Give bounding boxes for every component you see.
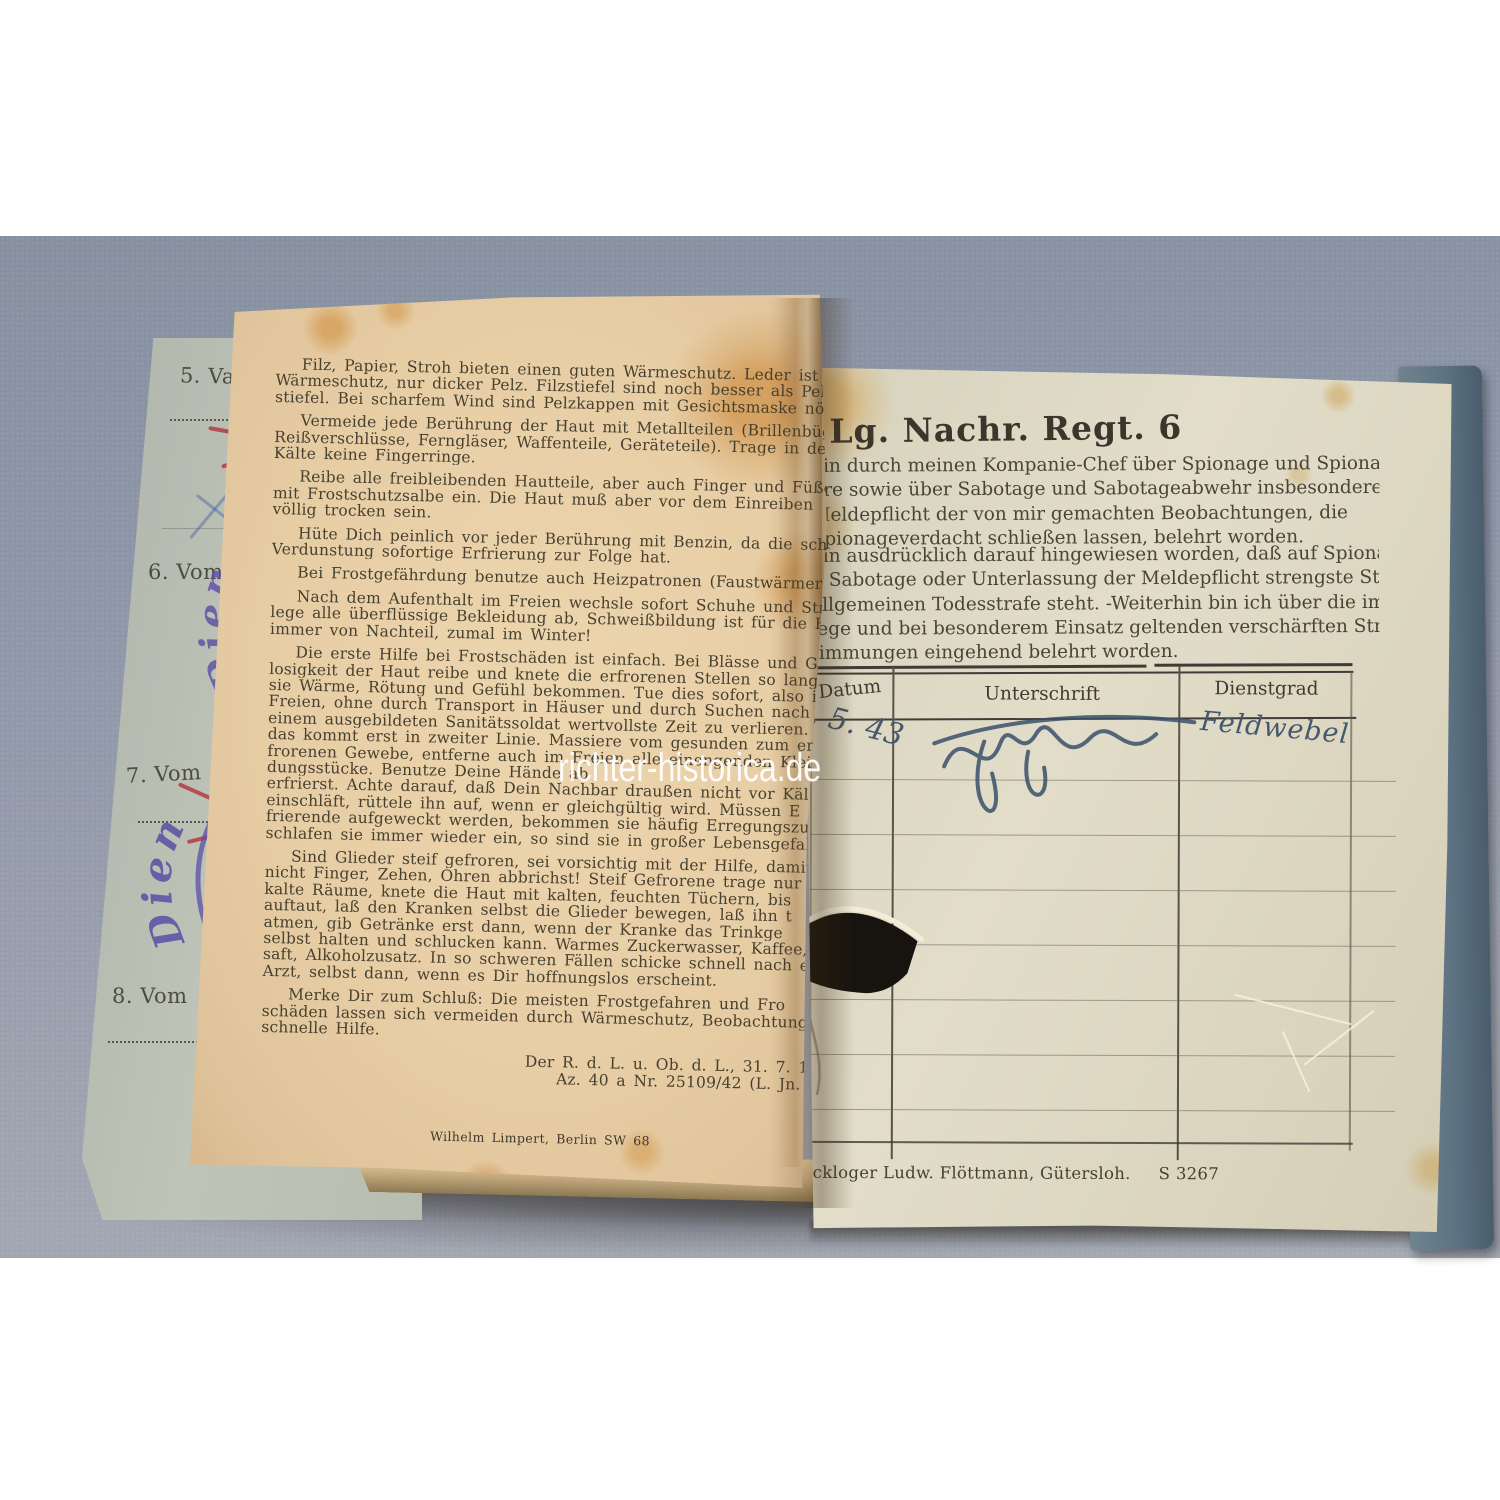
table-top-rule [807, 671, 1353, 674]
field-label-5: 5. Va [180, 363, 236, 388]
watermark: richter-historica.de [558, 746, 821, 791]
signature-scrawl [932, 681, 1203, 867]
paragraph-line: iege und bei besonderem Einsatz geltende… [811, 615, 1379, 642]
paragraph-line: timmungen eingehend belehrt worden. [811, 639, 1379, 666]
leaflet-paragraph: Vermeide jede Berührung der Haut mit Met… [274, 412, 837, 473]
table-top-rule [1154, 663, 1352, 666]
page-heading: Lg. Nachr. Regt. 6 [829, 407, 1182, 450]
leaflet-imprint: Wilhelm Limpert, Berlin SW 68 [259, 1125, 821, 1154]
paragraph-line: d Sabotage oder Unterlassung der Meldepf… [811, 566, 1379, 593]
column-header-dienstgrad: Dienstgrad [1214, 678, 1318, 699]
table-row-line [810, 889, 1396, 892]
table-top-rule [808, 665, 1146, 669]
leaflet-paragraph: Nach dem Aufenthalt im Freien wechsle so… [270, 588, 833, 649]
print-code: S 3267 [1159, 1164, 1219, 1183]
paper-crease [1304, 1010, 1375, 1066]
paragraph-line: bin ausdrücklich darauf hingewiesen word… [811, 542, 1379, 569]
table-column-line [1349, 671, 1352, 1151]
paragraph-line: bin durch meinen Kompanie-Chef über Spio… [811, 452, 1379, 479]
paper-crease [1235, 994, 1352, 1025]
leaflet-paragraph: Sind Glieder steif gefroren, sei vorsich… [262, 848, 827, 991]
leaflet-footer: Der R. d. L. u. Ob. d. L., 31. 7. 19 Az.… [260, 1048, 823, 1093]
leaflet-paragraph: Reibe alle freibleibenden Hautteile, abe… [272, 468, 835, 529]
table-row-line [809, 1109, 1395, 1112]
handwritten-rank: Feldwebel [1199, 706, 1350, 750]
leaflet-paragraph: Merke Dir zum Schluß: Die meisten Frostg… [261, 986, 824, 1047]
paragraph-line: Meldepflicht der von mir gemachten Beoba… [811, 501, 1379, 528]
leaflet-paragraph: Hüte Dich peinlich vor jeder Berührung m… [272, 525, 835, 570]
leaflet-paragraph: Filz, Papier, Stroh bieten einen guten W… [275, 356, 838, 417]
printer-imprint: ckloger Ludw. Flöttmann, Gütersloh.S 326… [813, 1163, 1247, 1184]
svg-text:Dien: Dien [133, 808, 196, 956]
belehrung-paragraph-1: bin durch meinen Kompanie-Chef über Spio… [811, 452, 1380, 552]
belehrung-page: Lg. Nachr. Regt. 6 bin durch meinen Komp… [800, 359, 1455, 1239]
frost-leaflet-page: Filz, Papier, Stroh bieten einen guten W… [188, 292, 836, 1197]
printer-imprint-text: ckloger Ludw. Flöttmann, Gütersloh. [813, 1163, 1131, 1183]
product-photo: 5. Va 6. Vom 7. Vom 8. Vom Dien [0, 0, 1500, 1500]
table-bottom-rule [807, 1141, 1353, 1144]
paragraph-line: allgemeinen Todesstrafe steht. -Weiterhi… [811, 591, 1379, 618]
paragraph-line: hre sowie über Sabotage und Sabotageabwe… [811, 476, 1379, 503]
belehrung-paragraph-2: bin ausdrücklich darauf hingewiesen word… [811, 542, 1380, 666]
